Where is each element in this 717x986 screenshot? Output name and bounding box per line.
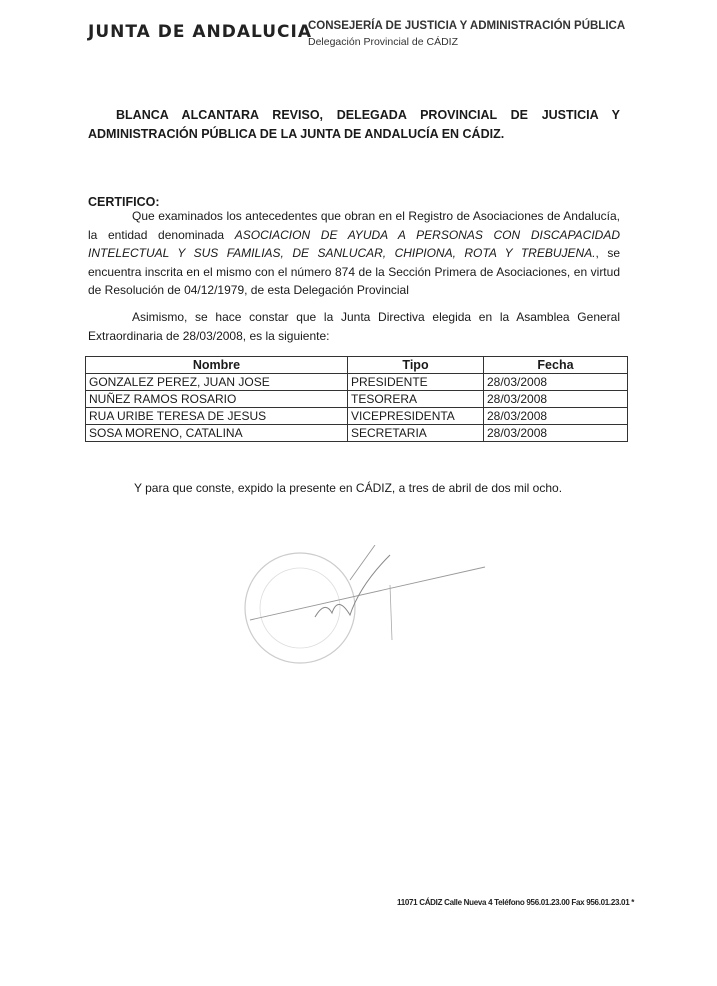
board-table: Nombre Tipo Fecha GONZALEZ PEREZ, JUAN J… [85, 356, 628, 442]
cell-tipo: SECRETARIA [348, 425, 484, 442]
heading-line-2: ADMINISTRACIÓN PÚBLICA DE LA JUNTA DE AN… [88, 127, 504, 141]
cell-fecha: 28/03/2008 [484, 374, 628, 391]
delegation-name: Delegación Provincial de CÁDIZ [308, 36, 458, 48]
department-name: CONSEJERÍA DE JUSTICIA Y ADMINISTRACIÓN … [308, 20, 625, 32]
closing-statement: Y para que conste, expido la presente en… [134, 481, 562, 495]
table-row: NUÑEZ RAMOS ROSARIOTESORERA28/03/2008 [86, 391, 628, 408]
header-tipo: Tipo [348, 357, 484, 374]
junta-logo: JUNTA DE ANDALUCIA [88, 22, 312, 42]
cell-fecha: 28/03/2008 [484, 425, 628, 442]
cell-fecha: 28/03/2008 [484, 391, 628, 408]
cell-tipo: PRESIDENTE [348, 374, 484, 391]
cell-nombre: GONZALEZ PEREZ, JUAN JOSE [86, 374, 348, 391]
table-row: SOSA MORENO, CATALINASECRETARIA28/03/200… [86, 425, 628, 442]
board-paragraph-text: Asimismo, se hace constar que la Junta D… [88, 310, 620, 343]
official-stamp-signature [240, 545, 490, 675]
header-fecha: Fecha [484, 357, 628, 374]
cell-nombre: RUA URIBE TERESA DE JESUS [86, 408, 348, 425]
board-paragraph: Asimismo, se hace constar que la Junta D… [88, 308, 620, 345]
cell-fecha: 28/03/2008 [484, 408, 628, 425]
table-header-row: Nombre Tipo Fecha [86, 357, 628, 374]
table-row: GONZALEZ PEREZ, JUAN JOSEPRESIDENTE28/03… [86, 374, 628, 391]
cell-nombre: NUÑEZ RAMOS ROSARIO [86, 391, 348, 408]
cell-tipo: TESORERA [348, 391, 484, 408]
table-row: RUA URIBE TERESA DE JESUSVICEPRESIDENTA2… [86, 408, 628, 425]
header-nombre: Nombre [86, 357, 348, 374]
certificate-paragraph: Que examinados los antecedentes que obra… [88, 207, 620, 300]
document-heading: BLANCA ALCANTARA REVISO, DELEGADA PROVIN… [88, 106, 620, 144]
heading-line-1: BLANCA ALCANTARA REVISO, DELEGADA PROVIN… [88, 106, 620, 125]
footer-address: 11071 CÁDIZ Calle Nueva 4 Teléfono 956.0… [397, 898, 634, 907]
cell-nombre: SOSA MORENO, CATALINA [86, 425, 348, 442]
cell-tipo: VICEPRESIDENTA [348, 408, 484, 425]
